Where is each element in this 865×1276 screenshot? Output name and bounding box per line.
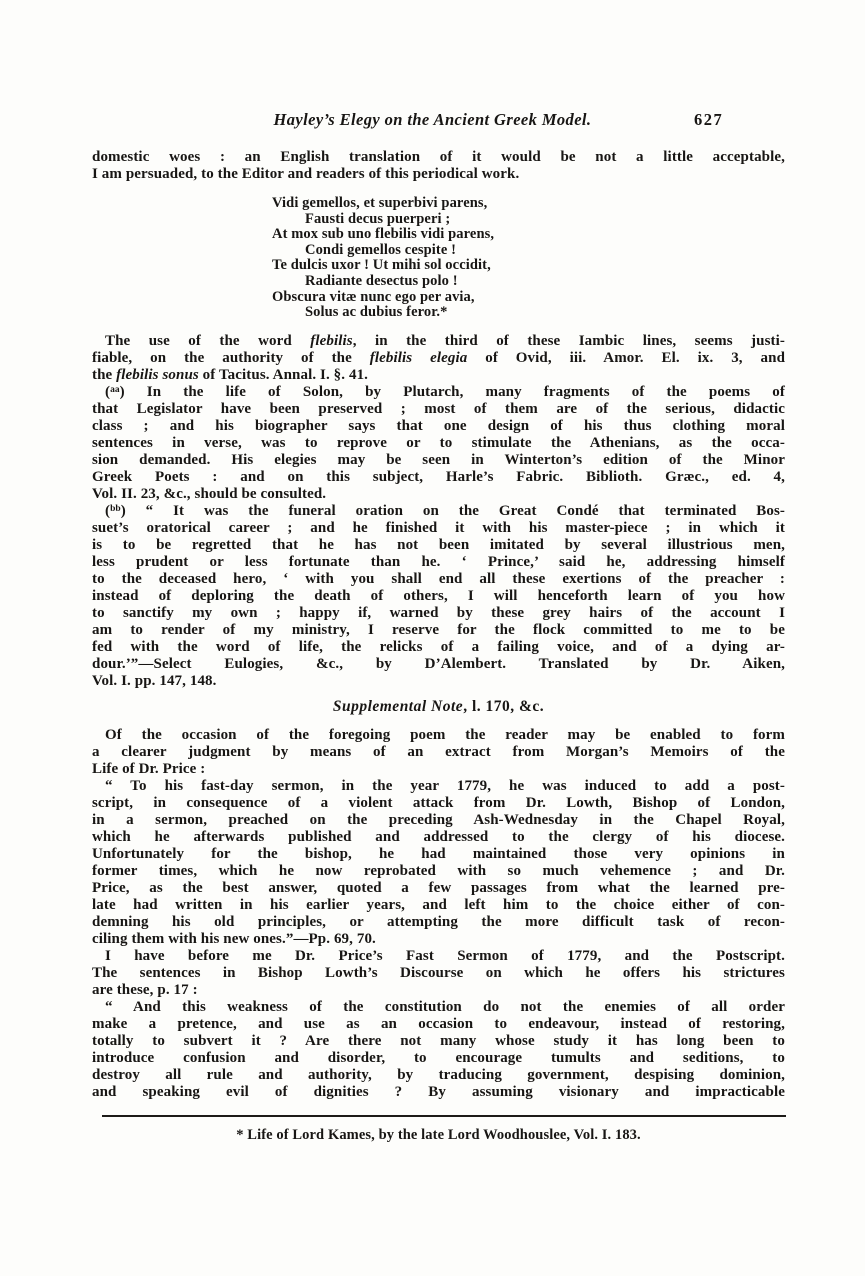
text-run: introduce confusion and disorder, to enc… <box>92 1050 785 1066</box>
page-footnote: * Life of Lord Kames, by the late Lord W… <box>92 1127 785 1144</box>
text-run: fiable, on the authority of the <box>92 350 370 366</box>
text-line: less prudent or less fortunate than he. … <box>92 554 785 571</box>
text-run: less prudent or less fortunate than he. … <box>92 554 785 570</box>
section-heading: Supplemental Note, l. 170, &c. <box>92 698 785 715</box>
text-line: “ And this weakness of the constitution … <box>92 999 785 1016</box>
text-line: which he afterwards published and addres… <box>92 829 785 846</box>
text-line: suet’s oratorical career ; and he finish… <box>92 520 785 537</box>
text-run: that Legislator have been preserved ; mo… <box>92 401 785 417</box>
text-run: ) In the life of Solon, by Plutarch, man… <box>120 384 785 400</box>
text-line: former times, which he now reprobated wi… <box>92 863 785 880</box>
text-run: fed with the word of life, the relicks o… <box>92 639 785 655</box>
text-run: to sanctify my own ; happy if, warned by… <box>92 605 785 621</box>
text-line: instead of deploring the death of others… <box>92 588 785 605</box>
text-line: At mox sub uno flebilis vidi parens, <box>272 227 785 243</box>
text-run: totally to subvert it ? Are there not ma… <box>92 1033 785 1049</box>
text-run: Life of Dr. Price : <box>92 761 205 777</box>
text-run: which he afterwards published and addres… <box>92 829 785 845</box>
text-line: to the deceased hero, ‘ with you shall e… <box>92 571 785 588</box>
text-line: are these, p. 17 : <box>92 982 785 999</box>
paragraph-intro: domestic woes : an English translation o… <box>92 149 785 183</box>
text-line: dour.’”—Select Eulogies, &c., by D’Alemb… <box>92 656 785 673</box>
text-line: destroy all rule and authority, by tradu… <box>92 1067 785 1084</box>
text-run: Fausti decus puerperi ; <box>305 211 450 227</box>
text-run: Vol. II. 23, &c., should be consulted. <box>92 486 326 502</box>
text-line: I am persuaded, to the Editor and reader… <box>92 166 785 183</box>
text-line: I have before me Dr. Price’s Fast Sermon… <box>92 948 785 965</box>
text-line: Price, as the best answer, quoted a few … <box>92 880 785 897</box>
text-run: I have before me Dr. Price’s Fast Sermon… <box>105 948 785 964</box>
text-line: Solus ac dubius feror.* <box>272 305 785 321</box>
text-line: sion demanded. His elegies may be seen i… <box>92 452 785 469</box>
text-line: make a pretence, and use as an occasion … <box>92 1016 785 1033</box>
text-run: and speaking evil of dignities ? By assu… <box>92 1084 785 1100</box>
text-run: sentences in verse, was to reprove or to… <box>92 435 785 451</box>
text-line: fed with the word of life, the relicks o… <box>92 639 785 656</box>
text-line: that Legislator have been preserved ; mo… <box>92 401 785 418</box>
text-line: is to be regretted that he has not been … <box>92 537 785 554</box>
text-line: The use of the word flebilis, in the thi… <box>92 333 785 350</box>
text-run: demning his old principles, or attemptin… <box>92 914 785 930</box>
text-run: flebilis <box>310 333 352 349</box>
note-aa: (aa) In the life of Solon, by Plutarch, … <box>92 384 785 503</box>
text-run: Of the occasion of the foregoing poem th… <box>105 727 785 743</box>
text-line: Radiante desectus polo ! <box>272 274 785 290</box>
text-run: the <box>92 367 116 383</box>
text-run: domestic woes : an English translation o… <box>92 149 785 165</box>
running-header-title: Hayley’s Elegy on the Ancient Greek Mode… <box>0 110 865 130</box>
text-line: introduce confusion and disorder, to enc… <box>92 1050 785 1067</box>
text-line: domestic woes : an English translation o… <box>92 149 785 166</box>
text-line: am to render of my ministry, I reserve f… <box>92 622 785 639</box>
text-line: Condi gemellos cespite ! <box>272 243 785 259</box>
paragraph-occasion: Of the occasion of the foregoing poem th… <box>92 727 785 778</box>
text-line: totally to subvert it ? Are there not ma… <box>92 1033 785 1050</box>
text-run: late had written in his earlier years, a… <box>92 897 785 913</box>
text-run: am to render of my ministry, I reserve f… <box>92 622 785 638</box>
text-run: Greek Poets : and on this subject, Harle… <box>92 469 785 485</box>
text-line: Vol. I. pp. 147, 148. <box>92 673 785 690</box>
text-run: , in the third of these Iambic lines, se… <box>353 333 785 349</box>
text-run: I am persuaded, to the Editor and reader… <box>92 166 519 182</box>
text-line: Life of Dr. Price : <box>92 761 785 778</box>
paragraph-flebilis: The use of the word flebilis, in the thi… <box>92 333 785 384</box>
text-run: of Tacitus. Annal. I. §. 41. <box>199 367 368 383</box>
text-line: the flebilis sonus of Tacitus. Annal. I.… <box>92 367 785 384</box>
text-line: and speaking evil of dignities ? By assu… <box>92 1084 785 1101</box>
text-run: sion demanded. His elegies may be seen i… <box>92 452 785 468</box>
text-line: Te dulcis uxor ! Ut mihi sol occidit, <box>272 258 785 274</box>
text-run: former times, which he now reprobated wi… <box>92 863 785 879</box>
text-line: (aa) In the life of Solon, by Plutarch, … <box>92 384 785 401</box>
text-run: are these, p. 17 : <box>92 982 198 998</box>
text-run: dour.’”—Select Eulogies, &c., by D’Alemb… <box>92 656 785 672</box>
text-run: Solus ac dubius feror.* <box>305 304 448 320</box>
text-line: Fausti decus puerperi ; <box>272 212 785 228</box>
text-line: Vol. II. 23, &c., should be consulted. <box>92 486 785 503</box>
text-run: Price, as the best answer, quoted a few … <box>92 880 785 896</box>
text-run: Vol. I. pp. 147, 148. <box>92 673 217 689</box>
text-line: late had written in his earlier years, a… <box>92 897 785 914</box>
text-line: class ; and his biographer says that one… <box>92 418 785 435</box>
text-run: destroy all rule and authority, by tradu… <box>92 1067 785 1083</box>
text-line: Of the occasion of the foregoing poem th… <box>92 727 785 744</box>
text-run: is to be regretted that he has not been … <box>92 537 785 553</box>
text-run: flebilis elegia <box>370 350 468 366</box>
text-run: suet’s oratorical career ; and he finish… <box>92 520 785 536</box>
text-line: sentences in verse, was to reprove or to… <box>92 435 785 452</box>
text-line: Greek Poets : and on this subject, Harle… <box>92 469 785 486</box>
text-line: ciling them with his new ones.”—Pp. 69, … <box>92 931 785 948</box>
text-line: The sentences in Bishop Lowth’s Discours… <box>92 965 785 982</box>
text-line: demning his old principles, or attemptin… <box>92 914 785 931</box>
text-run: “ And this weakness of the constitution … <box>105 999 785 1015</box>
text-line: Obscura vitæ nunc ego per avia, <box>272 290 785 306</box>
text-column: domestic woes : an English translation o… <box>92 149 785 1144</box>
paragraph-fastday: “ To his fast-day sermon, in the year 17… <box>92 778 785 948</box>
footnote-marker: aa <box>110 385 120 395</box>
text-run: in a sermon, preached on the preceding A… <box>92 812 785 828</box>
text-line: (bb) “ It was the funeral oration on the… <box>92 503 785 520</box>
text-line: to sanctify my own ; happy if, warned by… <box>92 605 785 622</box>
text-line: Unfortunately for the bishop, he had mai… <box>92 846 785 863</box>
text-run: of Ovid, iii. Amor. El. ix. 3, and <box>467 350 785 366</box>
text-run: Supplemental Note <box>333 698 463 715</box>
footnote-marker: bb <box>110 504 121 514</box>
text-run: Unfortunately for the bishop, he had mai… <box>92 846 785 862</box>
text-run: ) “ It was the funeral oration on the Gr… <box>121 503 785 519</box>
text-line: script, in consequence of a violent atta… <box>92 795 785 812</box>
text-line: a clearer judgment by means of an extrac… <box>92 744 785 761</box>
text-run: The use of the word <box>105 333 310 349</box>
text-run: ciling them with his new ones.”—Pp. 69, … <box>92 931 376 947</box>
text-run: instead of deploring the death of others… <box>92 588 785 604</box>
note-bb: (bb) “ It was the funeral oration on the… <box>92 503 785 690</box>
text-run: Obscura vitæ nunc ego per avia, <box>272 289 475 305</box>
paragraph-beforeme: I have before me Dr. Price’s Fast Sermon… <box>92 948 785 999</box>
text-run: to the deceased hero, ‘ with you shall e… <box>92 571 785 587</box>
text-line: fiable, on the authority of the flebilis… <box>92 350 785 367</box>
text-line: “ To his fast-day sermon, in the year 17… <box>92 778 785 795</box>
text-line: Vidi gemellos, et superbivi parens, <box>272 196 785 212</box>
text-run: flebilis sonus <box>116 367 199 383</box>
running-header: Hayley’s Elegy on the Ancient Greek Mode… <box>0 110 865 134</box>
text-run: “ To his fast-day sermon, in the year 17… <box>105 778 785 794</box>
footnote-rule <box>102 1115 786 1117</box>
text-run: The sentences in Bishop Lowth’s Discours… <box>92 965 785 981</box>
text-run: At mox sub uno flebilis vidi parens, <box>272 226 494 242</box>
text-run: Vidi gemellos, et superbivi parens, <box>272 195 487 211</box>
text-run: Condi gemellos cespite ! <box>305 242 456 258</box>
text-line: in a sermon, preached on the preceding A… <box>92 812 785 829</box>
page-number: 627 <box>694 110 723 130</box>
latin-verse: Vidi gemellos, et superbivi parens,Faust… <box>272 196 785 321</box>
text-run: Radiante desectus polo ! <box>305 273 458 289</box>
text-run: , l. 170, &c. <box>463 698 544 715</box>
text-run: script, in consequence of a violent atta… <box>92 795 785 811</box>
text-run: class ; and his biographer says that one… <box>92 418 785 434</box>
text-run: Te dulcis uxor ! Ut mihi sol occidit, <box>272 257 491 273</box>
paragraph-weakness: “ And this weakness of the constitution … <box>92 999 785 1101</box>
text-run: a clearer judgment by means of an extrac… <box>92 744 785 760</box>
text-run: make a pretence, and use as an occasion … <box>92 1016 785 1032</box>
